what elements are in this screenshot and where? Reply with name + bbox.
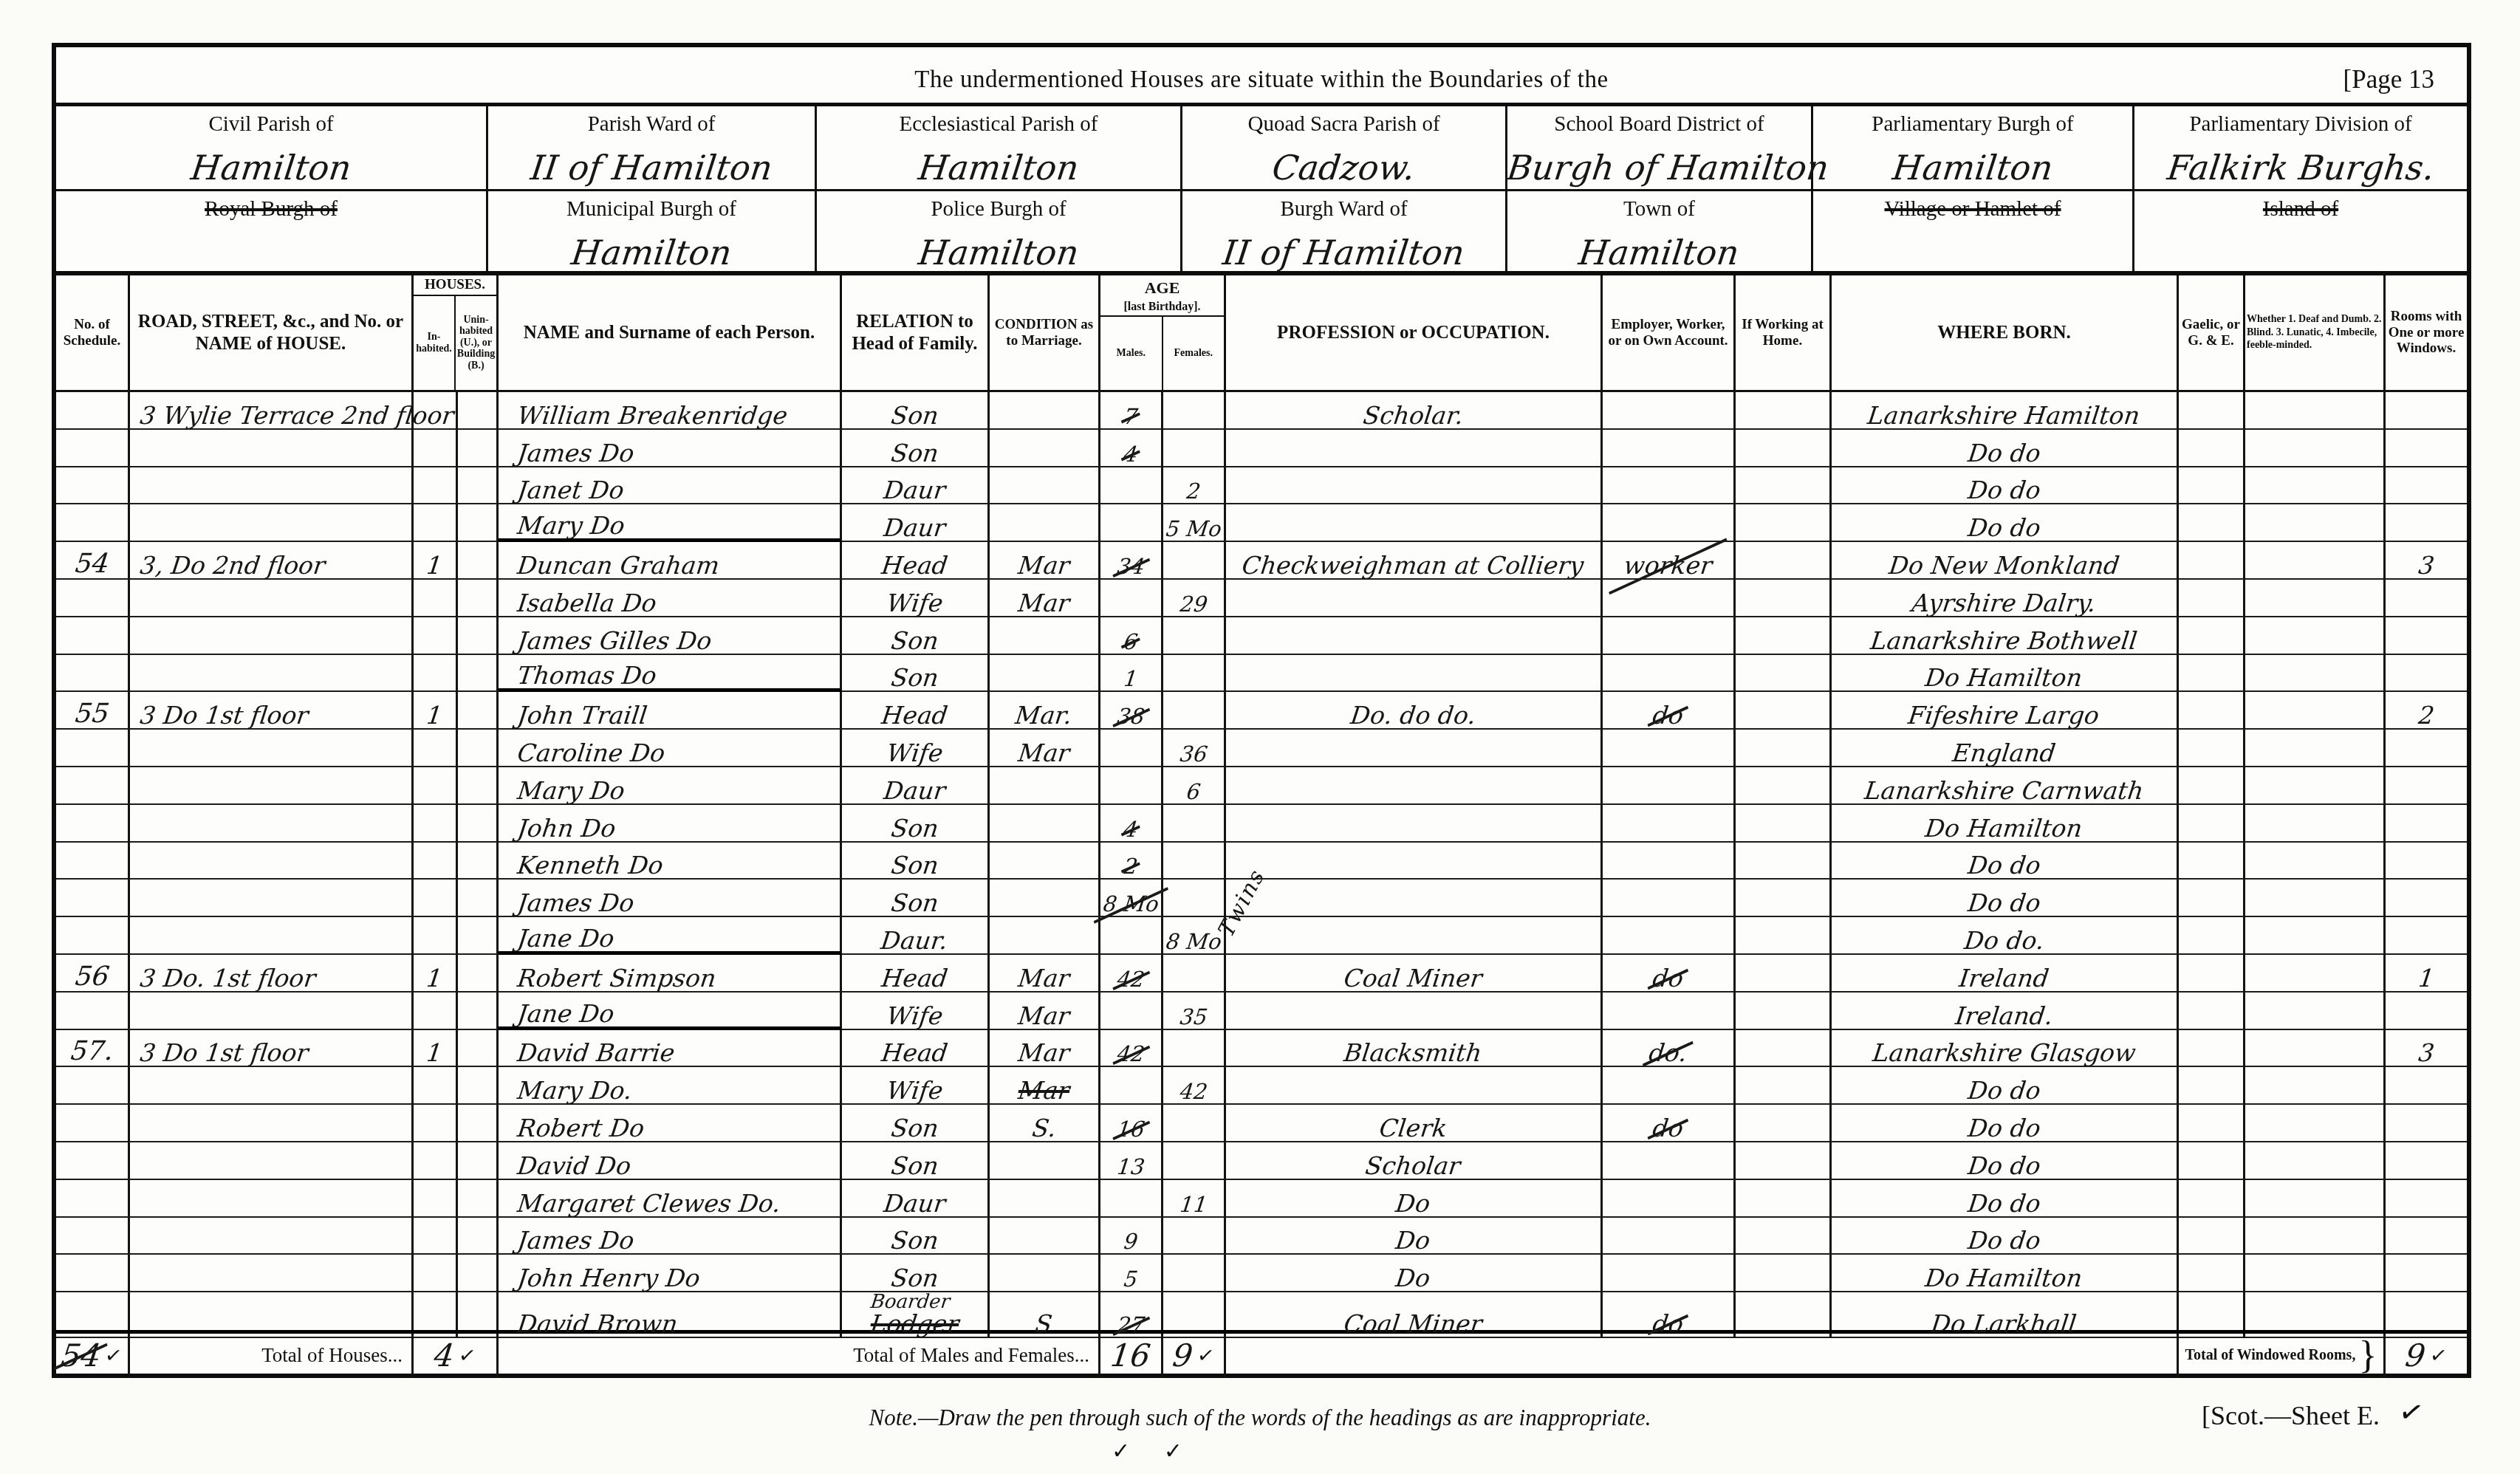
person-name: John Do — [499, 805, 842, 843]
windowed-rooms — [2386, 1180, 2467, 1218]
houses-inhabited — [414, 993, 458, 1030]
employer-worker: worker — [1603, 542, 1736, 580]
houses-uninhabited — [458, 504, 499, 542]
schedule-number: 56 — [56, 955, 130, 993]
table-row: David BrownBoarderLodgerS27Coal MinerdoD… — [56, 1292, 2467, 1330]
person-name: Janet Do — [499, 467, 842, 505]
age-female — [1163, 1105, 1226, 1142]
age-female — [1163, 1218, 1226, 1255]
age-female — [1163, 392, 1226, 430]
age-male: 13 — [1100, 1142, 1163, 1180]
person-name: James Do — [499, 1218, 842, 1255]
working-at-home — [1736, 1180, 1832, 1218]
gaelic-speaker — [2179, 1218, 2245, 1255]
infirmity — [2245, 955, 2386, 993]
occupation — [1226, 467, 1603, 505]
infirmity — [2245, 617, 2386, 655]
street-address — [130, 504, 414, 542]
occupation — [1226, 880, 1603, 917]
street-address — [130, 1255, 414, 1292]
header-working-at-home: If Working at Home. — [1736, 275, 1832, 390]
gaelic-speaker — [2179, 955, 2245, 993]
header-age-males: Males. — [1100, 317, 1163, 390]
street-address: 3 Wylie Terrace 2nd floor — [130, 392, 414, 430]
table-row: Jane DoDaur.8 MoDo do. — [56, 917, 2467, 955]
gaelic-speaker — [2179, 917, 2245, 955]
schedule-number — [56, 993, 130, 1030]
where-born: Fifeshire Largo — [1832, 692, 2179, 730]
working-at-home — [1736, 542, 1832, 580]
houses-uninhabited — [458, 392, 499, 430]
person-name: Isabella Do — [499, 580, 842, 617]
occupation — [1226, 1067, 1603, 1105]
employer-worker — [1603, 1067, 1736, 1105]
boundary-header-row-2: Royal Burgh ofMunicipal Burgh ofHamilton… — [56, 191, 2467, 275]
houses-inhabited — [414, 1105, 458, 1142]
working-at-home — [1736, 1255, 1832, 1292]
boundary-value-handwritten: Hamilton — [1891, 150, 2055, 185]
employer-worker — [1603, 617, 1736, 655]
street-address — [130, 805, 414, 843]
houses-uninhabited — [458, 1218, 499, 1255]
employer-worker — [1603, 917, 1736, 955]
houses-inhabited — [414, 880, 458, 917]
person-name: James Gilles Do — [499, 617, 842, 655]
employer-worker — [1603, 993, 1736, 1030]
infirmity — [2245, 1218, 2386, 1255]
table-row: Thomas DoSon1Do Hamilton — [56, 655, 2467, 693]
boundary-cell-row2-0: Royal Burgh of — [56, 191, 488, 271]
age-female — [1163, 655, 1226, 693]
table-row: John Henry DoSon5DoDo Hamilton — [56, 1255, 2467, 1292]
marriage-condition — [990, 767, 1100, 805]
age-female — [1163, 542, 1226, 580]
boundary-cell-row2-1: Municipal Burgh ofHamilton — [488, 191, 817, 271]
street-address: 3, Do 2nd floor — [130, 542, 414, 580]
header-age-group: AGE [last Birthday]. Males. Females. — [1100, 275, 1226, 390]
age-female: 36 — [1163, 730, 1226, 767]
gaelic-speaker — [2179, 1105, 2245, 1142]
windowed-rooms — [2386, 993, 2467, 1030]
street-address — [130, 1142, 414, 1180]
houses-inhabited — [414, 467, 458, 505]
street-address: 3 Do. 1st floor — [130, 955, 414, 993]
windowed-rooms — [2386, 430, 2467, 467]
marriage-condition: Mar — [990, 580, 1100, 617]
marriage-condition — [990, 843, 1100, 880]
boundary-value-handwritten: Hamilton — [917, 150, 1081, 185]
houses-inhabited — [414, 655, 458, 693]
infirmity — [2245, 880, 2386, 917]
employer-worker: do — [1603, 692, 1736, 730]
table-row: 3 Wylie Terrace 2nd floorWilliam Breaken… — [56, 392, 2467, 430]
footer-note: Note.—Draw the pen through such of the w… — [0, 1405, 2520, 1431]
person-name: Jane Do — [499, 993, 842, 1030]
houses-inhabited — [414, 1180, 458, 1218]
person-name: James Do — [499, 880, 842, 917]
gaelic-speaker — [2179, 880, 2245, 917]
houses-inhabited — [414, 730, 458, 767]
marriage-condition — [990, 1218, 1100, 1255]
occupation — [1226, 504, 1603, 542]
working-at-home — [1736, 767, 1832, 805]
houses-inhabited — [414, 617, 458, 655]
gaelic-speaker — [2179, 730, 2245, 767]
houses-uninhabited — [458, 1255, 499, 1292]
totals-corner: 54 ✓ — [56, 1334, 130, 1377]
relation-to-head: Son — [842, 805, 990, 843]
houses-uninhabited — [458, 1030, 499, 1068]
checkmark-icon: ✓ — [103, 1342, 124, 1368]
age-female — [1163, 805, 1226, 843]
houses-uninhabited — [458, 467, 499, 505]
marriage-condition — [990, 467, 1100, 505]
houses-uninhabited — [458, 542, 499, 580]
windowed-rooms — [2386, 1142, 2467, 1180]
table-row: Janet DoDaur2Do do — [56, 467, 2467, 505]
age-female — [1163, 1030, 1226, 1068]
working-at-home — [1736, 917, 1832, 955]
where-born: Do do — [1832, 467, 2179, 505]
infirmity — [2245, 1030, 2386, 1068]
age-female: 6 — [1163, 767, 1226, 805]
table-row: Mary Do.WifeMar42Do do — [56, 1067, 2467, 1105]
person-name: Robert Do — [499, 1105, 842, 1142]
marriage-condition: Mar. — [990, 692, 1100, 730]
houses-inhabited — [414, 1142, 458, 1180]
header-age: AGE — [1145, 275, 1180, 299]
houses-uninhabited — [458, 917, 499, 955]
gaelic-speaker — [2179, 1067, 2245, 1105]
age-male: 2 — [1100, 843, 1163, 880]
age-male — [1100, 580, 1163, 617]
boundary-value-handwritten: Hamilton — [1577, 235, 1741, 270]
age-female: 35 — [1163, 993, 1226, 1030]
marriage-condition — [990, 805, 1100, 843]
working-at-home — [1736, 1218, 1832, 1255]
where-born: Lanarkshire Carnwath — [1832, 767, 2179, 805]
where-born: Ayrshire Dalry. — [1832, 580, 2179, 617]
street-address — [130, 730, 414, 767]
total-males-value: 16 — [1100, 1334, 1163, 1377]
street-address — [130, 843, 414, 880]
header-condition: CONDITION as to Marriage. — [990, 275, 1100, 390]
occupation — [1226, 430, 1603, 467]
table-row: James Gilles DoSon6Lanarkshire Bothwell — [56, 617, 2467, 655]
infirmity — [2245, 843, 2386, 880]
where-born: Do Hamilton — [1832, 655, 2179, 693]
infirmity — [2245, 580, 2386, 617]
occupation — [1226, 993, 1603, 1030]
marriage-condition — [990, 655, 1100, 693]
boundary-value-handwritten: Cadzow. — [1270, 150, 1417, 185]
totals-empty-span — [1226, 1334, 2179, 1377]
age-female — [1163, 617, 1226, 655]
occupation — [1226, 730, 1603, 767]
relation-to-head: Daur. — [842, 917, 990, 955]
houses-inhabited — [414, 917, 458, 955]
working-at-home — [1736, 1067, 1832, 1105]
marriage-condition: Mar — [990, 542, 1100, 580]
employer-worker — [1603, 1218, 1736, 1255]
boundary-label: Parish Ward of — [488, 112, 815, 137]
occupation: Blacksmith — [1226, 1030, 1603, 1068]
where-born: Do do — [1832, 880, 2179, 917]
houses-uninhabited — [458, 692, 499, 730]
marriage-condition — [990, 1180, 1100, 1218]
checkmark-icon: ✓ — [1195, 1342, 1216, 1368]
street-address — [130, 430, 414, 467]
employer-worker — [1603, 805, 1736, 843]
schedule-number — [56, 392, 130, 430]
total-houses-value: 4 ✓ — [414, 1334, 499, 1377]
occupation: Do — [1226, 1180, 1603, 1218]
boundary-label: Village or Hamlet of — [1813, 197, 2132, 222]
marriage-condition — [990, 1142, 1100, 1180]
infirmity — [2245, 430, 2386, 467]
table-row: James DoSon4Do do — [56, 430, 2467, 467]
boundary-label: Parliamentary Division of — [2134, 112, 2467, 137]
marriage-condition: Mar — [990, 955, 1100, 993]
houses-uninhabited — [458, 1105, 499, 1142]
houses-inhabited — [414, 1218, 458, 1255]
street-address — [130, 993, 414, 1030]
windowed-rooms — [2386, 767, 2467, 805]
boundary-value-handwritten: Falkirk Burghs. — [2165, 150, 2437, 185]
houses-inhabited: 1 — [414, 692, 458, 730]
houses-uninhabited — [458, 430, 499, 467]
table-row: Margaret Clewes Do.Daur11DoDo do — [56, 1180, 2467, 1218]
employer-worker: do — [1603, 1105, 1736, 1142]
table-row: John DoSon4Do Hamilton — [56, 805, 2467, 843]
schedule-number — [56, 843, 130, 880]
infirmity — [2245, 1067, 2386, 1105]
relation-to-head: Son — [842, 843, 990, 880]
relation-to-head: Son — [842, 655, 990, 693]
age-female — [1163, 1142, 1226, 1180]
gaelic-speaker — [2179, 805, 2245, 843]
employer-worker — [1603, 1142, 1736, 1180]
header-relation: RELATION to Head of Family. — [842, 275, 990, 390]
age-male: 34 — [1100, 542, 1163, 580]
age-male — [1100, 730, 1163, 767]
boundary-label: Island of — [2134, 197, 2467, 222]
boundary-header-row-1: Civil Parish ofHamiltonParish Ward ofII … — [56, 106, 2467, 191]
occupation: Do. do do. — [1226, 692, 1603, 730]
working-at-home — [1736, 692, 1832, 730]
relation-to-head: Son — [842, 880, 990, 917]
age-female — [1163, 1255, 1226, 1292]
occupation: Clerk — [1226, 1105, 1603, 1142]
where-born: Do New Monkland — [1832, 542, 2179, 580]
employer-worker — [1603, 767, 1736, 805]
person-name: Kenneth Do — [499, 843, 842, 880]
occupation — [1226, 843, 1603, 880]
column-header-row: No. of Schedule. ROAD, STREET, &c., and … — [56, 275, 2467, 392]
relation-to-head: Son — [842, 430, 990, 467]
relation-to-head: Daur — [842, 1180, 990, 1218]
occupation — [1226, 655, 1603, 693]
street-address — [130, 1218, 414, 1255]
windowed-rooms — [2386, 504, 2467, 542]
where-born: Lanarkshire Glasgow — [1832, 1030, 2179, 1068]
table-row: James DoSon9DoDo do — [56, 1218, 2467, 1255]
windowed-rooms — [2386, 1067, 2467, 1105]
person-name: John Henry Do — [499, 1255, 842, 1292]
employer-worker: do. — [1603, 1030, 1736, 1068]
boundary-cell-row1-0: Civil Parish ofHamilton — [56, 106, 488, 189]
checkmark-icon: ✓ ✓ — [1112, 1439, 1196, 1464]
boundary-label: Quoad Sacra Parish of — [1182, 112, 1505, 137]
employer-worker — [1603, 655, 1736, 693]
where-born: Do do — [1832, 1180, 2179, 1218]
age-female: 42 — [1163, 1067, 1226, 1105]
boundary-cell-row2-5: Village or Hamlet of — [1813, 191, 2134, 271]
relation-to-head: Son — [842, 1218, 990, 1255]
where-born: Do do — [1832, 1105, 2179, 1142]
gaelic-speaker — [2179, 993, 2245, 1030]
gaelic-speaker — [2179, 1255, 2245, 1292]
houses-inhabited — [414, 430, 458, 467]
schedule-number — [56, 1067, 130, 1105]
employer-worker — [1603, 843, 1736, 880]
gaelic-speaker — [2179, 655, 2245, 693]
occupation: Scholar — [1226, 1142, 1603, 1180]
age-male: 16 — [1100, 1105, 1163, 1142]
header-employer: Employer, Worker, or on Own Account. — [1603, 275, 1736, 390]
houses-uninhabited — [458, 617, 499, 655]
infirmity — [2245, 655, 2386, 693]
houses-uninhabited — [458, 880, 499, 917]
windowed-rooms — [2386, 580, 2467, 617]
table-row: Mary DoDaur6Lanarkshire Carnwath — [56, 767, 2467, 805]
table-row: 553 Do 1st floor1John TraillHeadMar.38Do… — [56, 692, 2467, 730]
employer-worker — [1603, 1180, 1736, 1218]
marriage-condition: S. — [990, 1105, 1100, 1142]
boundary-cell-row1-1: Parish Ward ofII of Hamilton — [488, 106, 817, 189]
gaelic-speaker — [2179, 430, 2245, 467]
street-address — [130, 467, 414, 505]
header-age-females: Females. — [1163, 317, 1225, 390]
houses-inhabited: 1 — [414, 542, 458, 580]
relation-to-head: Son — [842, 617, 990, 655]
boundary-label: Town of — [1507, 197, 1811, 222]
houses-inhabited — [414, 805, 458, 843]
marriage-condition: Mar — [990, 730, 1100, 767]
age-male: 8 Mo — [1100, 880, 1163, 917]
table-row: 563 Do. 1st floor1Robert SimpsonHeadMar4… — [56, 955, 2467, 993]
schedule-number: 54 — [56, 542, 130, 580]
relation-to-head: Son — [842, 1255, 990, 1292]
working-at-home — [1736, 880, 1832, 917]
marriage-condition — [990, 430, 1100, 467]
total-windowed-rooms-value: 9 ✓ — [2386, 1334, 2467, 1377]
boundary-label: Burgh Ward of — [1182, 197, 1505, 222]
relation-to-head: Head — [842, 692, 990, 730]
schedule-number — [56, 880, 130, 917]
schedule-number — [56, 430, 130, 467]
gaelic-speaker — [2179, 1142, 2245, 1180]
windowed-rooms — [2386, 1255, 2467, 1292]
where-born: Do do — [1832, 1218, 2179, 1255]
where-born: Do do — [1832, 843, 2179, 880]
infirmity — [2245, 805, 2386, 843]
schedule-number: 55 — [56, 692, 130, 730]
working-at-home — [1736, 843, 1832, 880]
windowed-rooms — [2386, 1105, 2467, 1142]
boundary-value-handwritten: II of Hamilton — [1221, 235, 1467, 270]
boundary-cell-row1-3: Quoad Sacra Parish ofCadzow. — [1182, 106, 1507, 189]
houses-uninhabited — [458, 1142, 499, 1180]
where-born: Lanarkshire Hamilton — [1832, 392, 2179, 430]
header-road-street: ROAD, STREET, &c., and No. or NAME of HO… — [130, 275, 414, 390]
infirmity — [2245, 392, 2386, 430]
gaelic-speaker — [2179, 692, 2245, 730]
where-born: Do do — [1832, 430, 2179, 467]
relation-to-head: Son — [842, 392, 990, 430]
totals-row: 54 ✓ Total of Houses... 4 ✓ Total of Mal… — [56, 1330, 2467, 1374]
gaelic-speaker — [2179, 392, 2245, 430]
infirmity — [2245, 1255, 2386, 1292]
age-male: 38 — [1100, 692, 1163, 730]
schedule-number — [56, 467, 130, 505]
age-female — [1163, 843, 1226, 880]
age-female — [1163, 880, 1226, 917]
street-address — [130, 617, 414, 655]
boundary-cell-row2-4: Town ofHamilton — [1507, 191, 1813, 271]
age-male — [1100, 917, 1163, 955]
employer-worker — [1603, 504, 1736, 542]
houses-uninhabited — [458, 993, 499, 1030]
employer-worker — [1603, 730, 1736, 767]
houses-uninhabited — [458, 955, 499, 993]
total-males-females-label: Total of Males and Females... — [499, 1334, 1100, 1377]
houses-uninhabited — [458, 767, 499, 805]
boundary-value-handwritten: Hamilton — [917, 235, 1081, 270]
windowed-rooms — [2386, 730, 2467, 767]
boundary-label: School Board District of — [1507, 112, 1811, 137]
age-female — [1163, 955, 1226, 993]
header-name: NAME and Surname of each Person. — [499, 275, 842, 390]
total-houses-label: Total of Houses... — [130, 1334, 414, 1377]
header-inhabited: In-habited. — [414, 296, 456, 390]
header-gaelic: Gaelic, or G. & E. — [2179, 275, 2245, 390]
houses-inhabited — [414, 1067, 458, 1105]
working-at-home — [1736, 1142, 1832, 1180]
schedule-number — [56, 917, 130, 955]
gaelic-speaker — [2179, 767, 2245, 805]
schedule-number — [56, 580, 130, 617]
occupation — [1226, 805, 1603, 843]
schedule-number — [56, 805, 130, 843]
age-male: 42 — [1100, 955, 1163, 993]
header-occupation: PROFESSION or OCCUPATION. — [1226, 275, 1603, 390]
relation-to-head: Head — [842, 955, 990, 993]
person-name: Jane Do — [499, 917, 842, 955]
table-row: Isabella DoWifeMar29Ayrshire Dalry. — [56, 580, 2467, 617]
street-address — [130, 917, 414, 955]
header-schedule: No. of Schedule. — [56, 275, 130, 390]
employer-worker — [1603, 467, 1736, 505]
where-born: Do do — [1832, 1142, 2179, 1180]
boundary-cell-row1-4: School Board District ofBurgh of Hamilto… — [1507, 106, 1813, 189]
houses-uninhabited — [458, 843, 499, 880]
age-male: 7 — [1100, 392, 1163, 430]
header-rooms: Rooms with One or more Windows. — [2386, 275, 2467, 390]
title-band: The undermentioned Houses are situate wi… — [56, 47, 2467, 106]
header-houses-group: HOUSES. In-habited. Unin-habited (U.), o… — [414, 275, 499, 390]
infirmity — [2245, 542, 2386, 580]
